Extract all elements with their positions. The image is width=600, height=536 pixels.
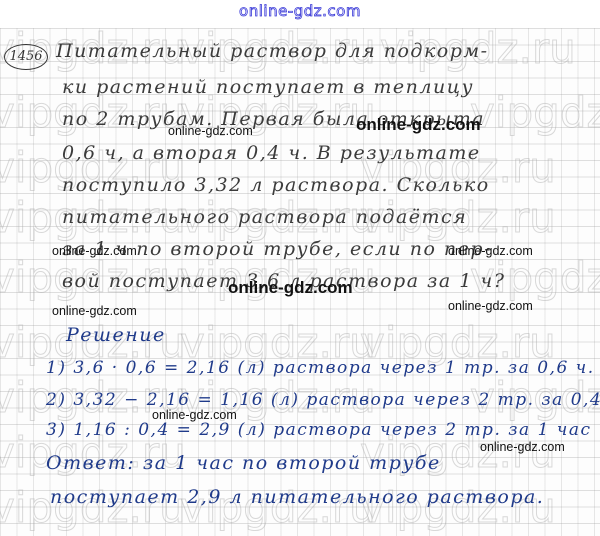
solution-step: 2) 3,32 − 2,16 = 1,16 (л) раствора через… — [46, 390, 600, 410]
solution-step: 1) 3,6 · 0,6 = 2,16 (л) раствора через 1… — [46, 358, 595, 378]
online-gdz-watermark: online-gdz.com — [480, 440, 565, 454]
online-gdz-watermark: online-gdz.com — [52, 304, 137, 318]
online-gdz-watermark: online-gdz.com — [228, 278, 353, 298]
solution-heading: Решение — [66, 324, 166, 346]
online-gdz-watermark: online-gdz.com — [448, 244, 533, 258]
online-gdz-watermark: online-gdz.com — [448, 299, 533, 313]
problem-line: поступило 3,32 л раствора. Сколько — [62, 174, 490, 196]
online-gdz-watermark: online-gdz.com — [168, 124, 253, 138]
header-watermark: online-gdz.com — [0, 2, 600, 20]
problem-line: ки растений поступает в теплицу — [62, 76, 474, 98]
homework-page: vipgdz.ru vipgdz.ru vipgdz.ru vipgdz.ru … — [0, 28, 600, 536]
answer-line: поступает 2,9 л питательного раствора. — [50, 486, 544, 508]
online-gdz-watermark: online-gdz.com — [152, 408, 237, 422]
solution-step: 3) 1,16 : 0,4 = 2,9 (л) раствора через 2… — [46, 420, 592, 440]
problem-line: питательного раствора подаётся — [62, 206, 467, 228]
problem-line: 0,6 ч, а вторая 0,4 ч. В результате — [62, 142, 481, 164]
online-gdz-watermark: online-gdz.com — [356, 115, 481, 135]
vipgdz-watermark: vipgdz.ru — [470, 88, 600, 137]
answer-line: Ответ: за 1 час по второй трубе — [46, 452, 441, 474]
online-gdz-watermark: online-gdz.com — [52, 244, 137, 258]
problem-number: 1456 — [4, 44, 48, 70]
problem-line: Питательный раствор для подкорм- — [56, 40, 489, 62]
